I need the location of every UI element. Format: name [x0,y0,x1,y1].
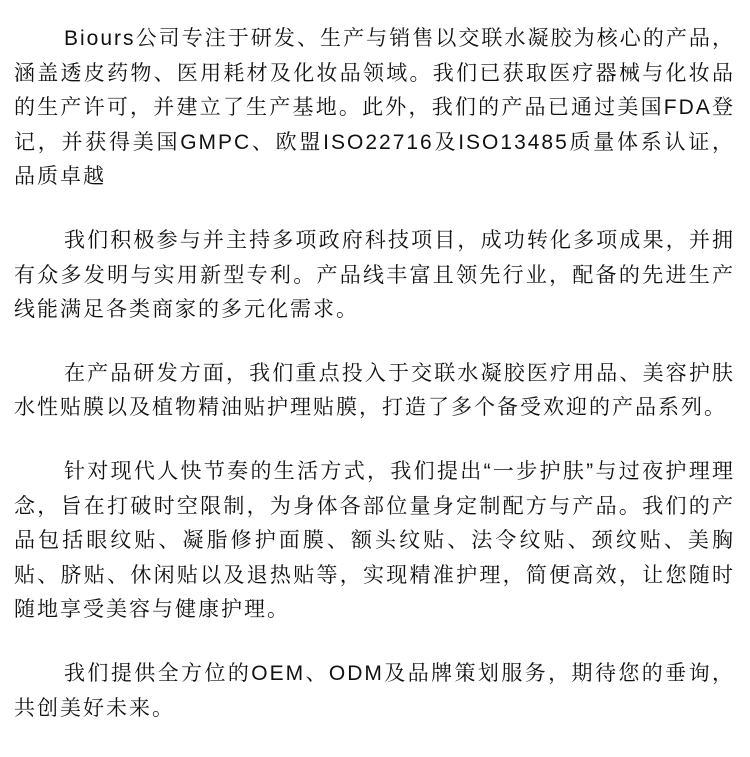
paragraph-product-lineup: 针对现代人快节奏的生活方式，我们提出“一步护肤”与过夜护理理念，旨在打破时空限制… [14,455,735,628]
paragraph-oem-odm-services: 我们提供全方位的OEM、ODM及品牌策划服务，期待您的垂询，共创美好未来。 [14,657,735,726]
paragraph-rd-focus: 在产品研发方面，我们重点投入于交联水凝胶医疗用品、美容护肤水性贴膜以及植物精油贴… [14,357,735,426]
company-profile-document: Biours公司专注于研发、生产与销售以交联水凝胶为核心的产品，涵盖透皮药物、医… [0,0,750,757]
paragraph-company-intro: Biours公司专注于研发、生产与销售以交联水凝胶为核心的产品，涵盖透皮药物、医… [14,22,735,195]
paragraph-tech-projects-patents: 我们积极参与并主持多项政府科技项目，成功转化多项成果，并拥有众多发明与实用新型专… [14,224,735,328]
